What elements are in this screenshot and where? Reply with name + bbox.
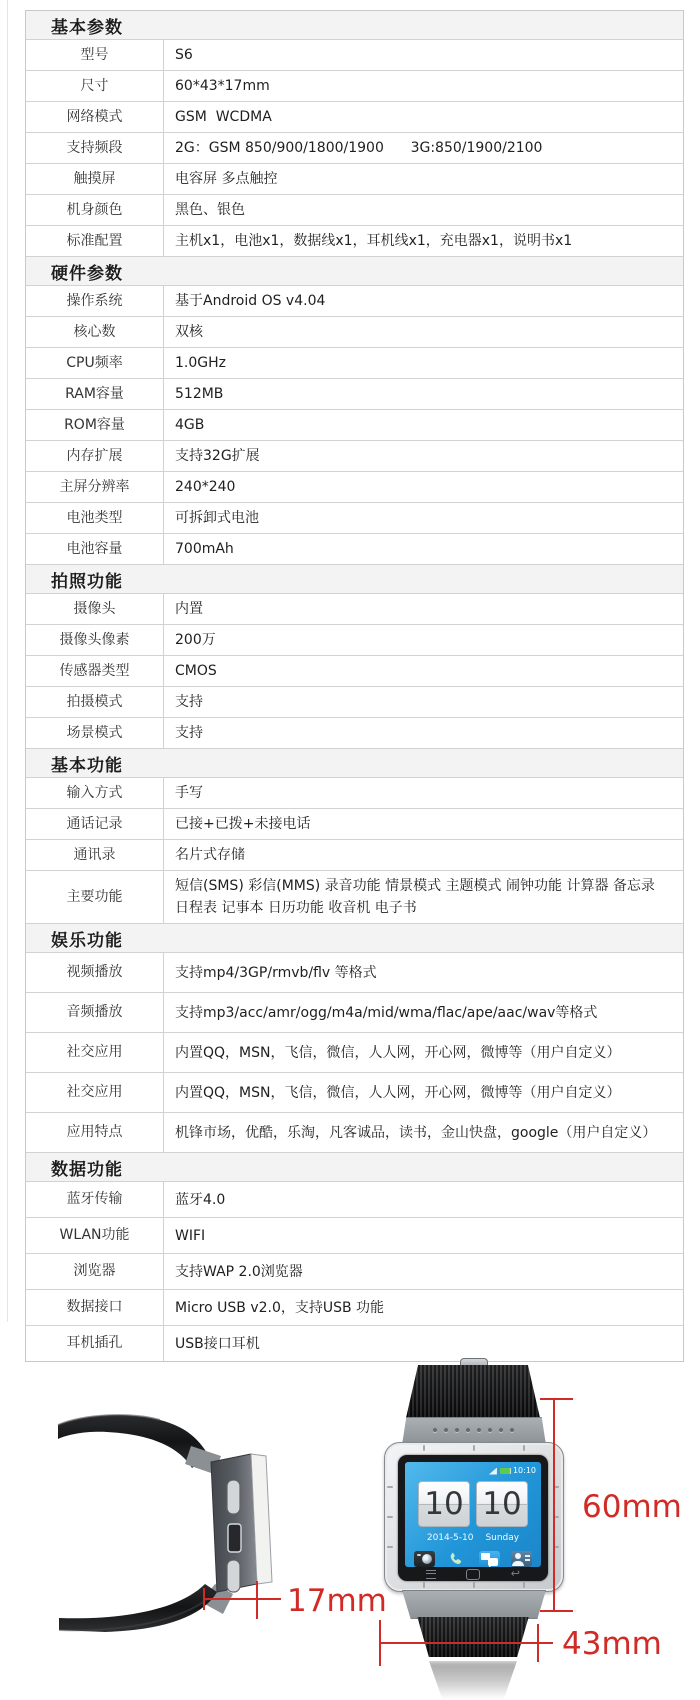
dim-43mm-tick-cross	[537, 1624, 539, 1662]
spec-row: 摄像头 内置	[26, 593, 683, 624]
spec-label-cell: 核心数	[26, 317, 164, 347]
watch-side-view	[45, 1392, 305, 1682]
spec-row: 网络模式 GSM WCDMA	[26, 101, 683, 132]
spec-value-cell: 名片式存储	[164, 840, 683, 870]
menu-icon	[426, 1570, 436, 1579]
spec-label-cell: 输入方式	[26, 778, 164, 808]
spec-row: 标准配置 主机x1，电池x1，数据线x1，耳机线x1，充电器x1，说明书x1	[26, 225, 683, 256]
spec-value-cell: 512MB	[164, 379, 683, 409]
spec-value-cell: 机锋市场，优酷，乐淘，凡客诚品，读书，金山快盘，google（用户自定义）	[164, 1113, 683, 1152]
spec-row: 社交应用 内置QQ，MSN，飞信，微信，人人网，开心网，微博等（用户自定义）	[26, 1072, 683, 1112]
spec-value-cell: 电容屏 多点触控	[164, 164, 683, 194]
spec-value-cell: 支持	[164, 718, 683, 748]
watch-side-drawing	[45, 1392, 305, 1682]
case-tick	[473, 1445, 475, 1451]
spec-value-cell: CMOS	[164, 656, 683, 686]
spec-value-cell: 可拆卸式电池	[164, 503, 683, 533]
spec-value-cell: 基于Android OS v4.04	[164, 286, 683, 316]
dim-60mm-label: 60mm	[582, 1489, 682, 1525]
spec-value-cell: 已接+已拨+未接电话	[164, 809, 683, 839]
section-header: 基本功能	[26, 748, 683, 777]
spec-row: 触摸屏 电容屏 多点触控	[26, 163, 683, 194]
contacts-icon	[511, 1551, 532, 1567]
spec-label-cell: 标准配置	[26, 226, 164, 256]
spec-value-cell: 支持	[164, 687, 683, 717]
spec-label-cell: 通话记录	[26, 809, 164, 839]
spec-label-cell: 网络模式	[26, 102, 164, 132]
spec-label-cell: 社交应用	[26, 1033, 164, 1072]
side-button-upper	[227, 1480, 240, 1514]
battery-icon	[500, 1468, 510, 1474]
spec-value-cell: 双核	[164, 317, 683, 347]
dim-17mm-tick-cross	[256, 1581, 258, 1619]
spec-row: ROM容量 4GB	[26, 409, 683, 440]
spec-value-cell: 240*240	[164, 472, 683, 502]
spec-label-cell: ROM容量	[26, 410, 164, 440]
spec-label-cell: 操作系统	[26, 286, 164, 316]
spec-label-cell: 蓝牙传输	[26, 1182, 164, 1217]
case-tick	[523, 1582, 525, 1588]
spec-value-cell: 1.0GHz	[164, 348, 683, 378]
spec-row: 输入方式 手写	[26, 777, 683, 808]
spec-label-cell: 传感器类型	[26, 656, 164, 686]
spec-label-cell: 触摸屏	[26, 164, 164, 194]
spec-value-cell: 内置QQ，MSN，飞信，微信，人人网，开心网，微博等（用户自定义）	[164, 1033, 683, 1072]
date-label: 2014-5-10	[427, 1533, 474, 1543]
front-lug-bottom	[402, 1590, 546, 1619]
spec-value-cell: 700mAh	[164, 534, 683, 564]
dim-17mm-tick-left	[203, 1588, 205, 1610]
spec-label-cell: 主屏分辨率	[26, 472, 164, 502]
spec-row: 摄像头像素 200万	[26, 624, 683, 655]
spec-label-cell: 电池容量	[26, 534, 164, 564]
case-tick	[423, 1582, 425, 1588]
phone-icon	[446, 1551, 467, 1567]
dim-17mm-label: 17mm	[287, 1583, 387, 1619]
spec-row: 主屏分辨率 240*240	[26, 471, 683, 502]
case-tick	[523, 1445, 525, 1451]
spec-label-cell: 视频播放	[26, 953, 164, 992]
spec-label-cell: 通讯录	[26, 840, 164, 870]
spec-value-cell: 4GB	[164, 410, 683, 440]
day-label: Sunday	[485, 1533, 519, 1543]
spec-value-cell: 手写	[164, 778, 683, 808]
case-tick	[387, 1546, 393, 1548]
spec-value-cell: Micro USB v2.0，支持USB 功能	[164, 1290, 683, 1325]
spec-value-cell: WIFI	[164, 1218, 683, 1253]
spec-label-cell: 浏览器	[26, 1254, 164, 1289]
spec-value-cell: 蓝牙4.0	[164, 1182, 683, 1217]
spec-row: 尺寸 60*43*17mm	[26, 70, 683, 101]
spec-label-cell: 应用特点	[26, 1113, 164, 1152]
spec-row: 蓝牙传输 蓝牙4.0	[26, 1181, 683, 1217]
dim-60mm-tick-bottom	[540, 1610, 573, 1612]
section-header: 数据功能	[26, 1152, 683, 1181]
spec-table: 基本参数 型号 S6 尺寸 60*43*17mm 网络模式 GSM WCDMA …	[25, 10, 684, 1362]
spec-value-cell: 2G：GSM 850/900/1800/1900 3G:850/1900/210…	[164, 133, 683, 163]
page-edge-line	[7, 0, 8, 1322]
spec-label-cell: 摄像头像素	[26, 625, 164, 655]
watch-front-view: 10:10 10 10 2014-5-10 Sunday ↩	[378, 1355, 568, 1700]
case-tick	[423, 1445, 425, 1451]
spec-label-cell: CPU频率	[26, 348, 164, 378]
spec-label-cell: 内存扩展	[26, 441, 164, 471]
spec-row: 耳机插孔 USB接口耳机	[26, 1325, 683, 1361]
spec-label-cell: 支持频段	[26, 133, 164, 163]
spec-value-cell: 支持WAP 2.0浏览器	[164, 1254, 683, 1289]
spec-label-cell: 场景模式	[26, 718, 164, 748]
spec-row: CPU频率 1.0GHz	[26, 347, 683, 378]
signal-icon	[489, 1468, 497, 1475]
spec-label-cell: 音频播放	[26, 993, 164, 1032]
spec-row: 机身颜色 黑色、银色	[26, 194, 683, 225]
spec-label-cell: 拍摄模式	[26, 687, 164, 717]
date-row: 2014-5-10 Sunday	[405, 1533, 541, 1543]
spec-value-cell: 60*43*17mm	[164, 71, 683, 101]
spec-row: 型号 S6	[26, 39, 683, 70]
spec-row: 内存扩展 支持32G扩展	[26, 440, 683, 471]
section-header: 拍照功能	[26, 564, 683, 593]
watch-reflection	[418, 1661, 528, 1699]
spec-row: 电池容量 700mAh	[26, 533, 683, 564]
spec-row: 支持频段 2G：GSM 850/900/1800/1900 3G:850/190…	[26, 132, 683, 163]
spec-row: RAM容量 512MB	[26, 378, 683, 409]
spec-row: 核心数 双核	[26, 316, 683, 347]
spec-row: 浏览器 支持WAP 2.0浏览器	[26, 1253, 683, 1289]
camera-icon	[414, 1551, 435, 1567]
dim-43mm-line	[380, 1642, 553, 1644]
home-icon	[466, 1569, 480, 1580]
spec-value-cell: 支持32G扩展	[164, 441, 683, 471]
spec-row: 数据接口 Micro USB v2.0，支持USB 功能	[26, 1289, 683, 1325]
spec-label-cell: 机身颜色	[26, 195, 164, 225]
spec-value-cell: 支持mp3/acc/amr/ogg/m4a/mid/wma/flac/ape/a…	[164, 993, 683, 1032]
spec-value-cell: 内置QQ，MSN，飞信，微信，人人网，开心网，微博等（用户自定义）	[164, 1073, 683, 1112]
spec-value-cell: S6	[164, 40, 683, 70]
spec-value-cell: 支持mp4/3GP/rmvb/flv 等格式	[164, 953, 683, 992]
spec-row: WLAN功能 WIFI	[26, 1217, 683, 1253]
spec-label-cell: 尺寸	[26, 71, 164, 101]
gallery-message-icon	[479, 1551, 500, 1567]
spec-row: 通话记录 已接+已拨+未接电话	[26, 808, 683, 839]
back-icon: ↩	[511, 1569, 520, 1579]
side-button-lower	[227, 1560, 240, 1592]
spec-label-cell: 数据接口	[26, 1290, 164, 1325]
spec-row: 社交应用 内置QQ，MSN，飞信，微信，人人网，开心网，微博等（用户自定义）	[26, 1032, 683, 1072]
spec-value-cell: 200万	[164, 625, 683, 655]
case-tick	[387, 1516, 393, 1518]
flip-card-minute: 10	[476, 1481, 528, 1527]
front-strap-bottom	[415, 1617, 531, 1657]
spec-row: 场景模式 支持	[26, 717, 683, 748]
spec-row: 传感器类型 CMOS	[26, 655, 683, 686]
section-header: 娱乐功能	[26, 923, 683, 952]
spec-row: 视频播放 支持mp4/3GP/rmvb/flv 等格式	[26, 952, 683, 992]
spec-label-cell: 型号	[26, 40, 164, 70]
spec-row: 音频播放 支持mp3/acc/amr/ogg/m4a/mid/wma/flac/…	[26, 992, 683, 1032]
spec-label-cell: 摄像头	[26, 594, 164, 624]
connector-dots	[409, 1428, 537, 1433]
spec-value-cell: 短信(SMS) 彩信(MMS) 录音功能 情景模式 主题模式 闹钟功能 计算器 …	[164, 871, 683, 923]
flip-clock: 10 10	[405, 1481, 541, 1527]
dim-17mm-line	[204, 1598, 281, 1600]
dim-43mm-label: 43mm	[562, 1626, 662, 1662]
spec-label-cell: RAM容量	[26, 379, 164, 409]
status-time: 10:10	[513, 1467, 536, 1475]
spec-label-cell: 主要功能	[26, 871, 164, 923]
spec-label-cell: 耳机插孔	[26, 1326, 164, 1361]
spec-row: 应用特点 机锋市场，优酷，乐淘，凡客诚品，读书，金山快盘，google（用户自定…	[26, 1112, 683, 1152]
spec-value-cell: 黑色、银色	[164, 195, 683, 225]
spec-label-cell: WLAN功能	[26, 1218, 164, 1253]
spec-row: 拍摄模式 支持	[26, 686, 683, 717]
front-strap-top	[406, 1365, 540, 1418]
spec-row: 操作系统 基于Android OS v4.04	[26, 285, 683, 316]
status-bar: 10:10	[405, 1462, 541, 1478]
section-header: 硬件参数	[26, 256, 683, 285]
dim-60mm-line	[553, 1399, 555, 1612]
flip-card-hour: 10	[418, 1481, 470, 1527]
spec-value-cell: GSM WCDMA	[164, 102, 683, 132]
nav-bar: ↩	[398, 1567, 548, 1581]
section-header: 基本参数	[26, 11, 683, 39]
spec-label-cell: 电池类型	[26, 503, 164, 533]
spec-value-cell: 内置	[164, 594, 683, 624]
spec-label-cell: 社交应用	[26, 1073, 164, 1112]
dim-60mm-tick-top	[540, 1398, 573, 1400]
spec-row: 电池类型 可拆卸式电池	[26, 502, 683, 533]
spec-row: 通讯录 名片式存储	[26, 839, 683, 870]
side-usb-port	[228, 1524, 241, 1552]
case-tick	[473, 1582, 475, 1588]
spec-value-cell: 主机x1，电池x1，数据线x1，耳机线x1，充电器x1，说明书x1	[164, 226, 683, 256]
spec-row: 主要功能 短信(SMS) 彩信(MMS) 录音功能 情景模式 主题模式 闹钟功能…	[26, 870, 683, 923]
watch-screen: 10:10 10 10 2014-5-10 Sunday	[405, 1462, 541, 1567]
dim-43mm-tick-left	[379, 1620, 381, 1666]
app-icons-row	[405, 1550, 541, 1567]
